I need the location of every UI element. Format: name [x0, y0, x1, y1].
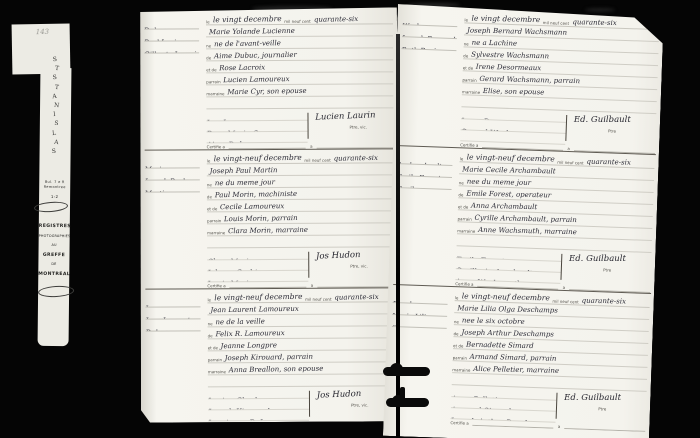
handwritten-entry: ne de l'avant-veille [214, 39, 281, 48]
printed-label: de [453, 331, 458, 336]
tab-letter: S [38, 146, 70, 158]
register-record: Morin Joseph Paul Martin le le vingt-neu… [145, 148, 396, 288]
printed-label: ne [208, 321, 213, 326]
record-line: de Felix R. Lamoureux [208, 326, 395, 339]
printed-label: a [558, 424, 561, 429]
handwritten-entry: Aime Dubuc, journalier [214, 51, 297, 60]
greffe-stamp: REGISTRES PHOTOGRAPHIES AU GREFFE DE MON… [38, 222, 70, 279]
printed-label: le [206, 19, 210, 24]
record-line: Jean Laurent Lamoureux [207, 302, 394, 315]
tab-note-line: Bul. 7 e R [39, 180, 70, 184]
officiant-signature: Lucien Laurin [315, 110, 393, 123]
printed-label: Depose le [547, 430, 567, 431]
officiant-signature: Ed. Guilbault [569, 254, 651, 264]
signature-line: Rose Marie Cyr [207, 121, 308, 133]
handwritten-date: le vingt decembre [471, 14, 540, 25]
handwritten-date: le vingt decembre [212, 14, 281, 24]
margin-name: Ruth Regis [401, 46, 439, 51]
margin-name-line: Olga [392, 315, 447, 329]
handwritten-entry: ne de la veille [215, 317, 264, 326]
stamp-line: PHOTOGRAPHIES [39, 231, 70, 241]
printed-label: ne [207, 182, 212, 187]
officiant-signature: Jos Hudon [316, 249, 394, 262]
register-record: Wachsmann Joseph Bernard Ruth Regis le l… [398, 7, 661, 154]
witness-signatures: Clara Morin Johnny Corbin Louis Morin [207, 249, 308, 282]
signature-block: Lucien Charles Joseph Kirouard Laurianne… [208, 387, 395, 420]
margin-name-line: Paul Lucien [144, 29, 199, 41]
record-line: et de Jeanne Longpre [208, 338, 395, 351]
record-line: marraine Clara Morin, marraine [207, 223, 394, 236]
handwritten-entry: Jeanne Longpre [221, 341, 277, 350]
handwritten-entry: Marie Cyr, son epouse [227, 87, 306, 96]
record-line: parrain Joseph Kirouard, parrain [208, 350, 395, 363]
book-gutter [396, 34, 400, 438]
handwritten-entry: Rose Lacroix [219, 63, 265, 72]
handwritten-entry: Cecile Lamoureux [220, 202, 285, 211]
handwritten-entry: Paul Morin, machiniste [215, 190, 297, 199]
signature-line: Clara Morin [207, 249, 308, 261]
handwritten-entry: Alice Pelletier, marraine [473, 365, 559, 375]
margin-name-line: Dubuc [146, 319, 201, 331]
printed-label: de [207, 194, 212, 199]
printed-label: et de [208, 345, 218, 350]
handwritten-entry: nee du meme jour [467, 178, 531, 187]
record-margin: Morin Joseph Paul Martin [145, 150, 205, 192]
printed-label: parrain [457, 216, 471, 221]
record-line-blank [207, 235, 394, 248]
record-margin: Deschamps Marie Lilia Olga [392, 285, 453, 329]
record-line: de Aime Dubuc, journalier [206, 48, 393, 61]
stamp-oval [38, 285, 75, 298]
margin-name-line: Joseph Paul [145, 168, 200, 180]
signature-line: Louis Morin [207, 271, 308, 283]
handwritten-entry: Anna Breallon, son epouse [229, 365, 324, 375]
blank-rule [230, 422, 307, 427]
printed-label: mil neuf cent [557, 160, 584, 166]
witness-signatures: Irene Desormeaux Gerard Wachsmann [460, 108, 566, 144]
record-margin: Dubuc Paul Lucien Gilberte Lacroix [144, 11, 204, 53]
officiant-signature-block: Jos Hudon Ptre, vic. [308, 251, 394, 277]
handwritten-year: quarante-six [572, 18, 616, 27]
record-body: le le vingt-neuf decembre mil neuf cent … [450, 287, 650, 432]
record-date-line: le le vingt-neuf decembre mil neuf cent … [207, 288, 394, 303]
handwritten-date: le vingt-neuf decembre [461, 291, 549, 302]
record-margin: Wachsmann Joseph Bernard Ruth Regis [401, 7, 462, 51]
officiant-signature-block: Ed. Guilbault Ptre [566, 115, 657, 144]
spine-tab: S T S T A N I S L A S Bul. 7 e R Remontr… [38, 68, 72, 346]
margin-name: Gilberte Lacroix [144, 50, 199, 53]
stamp-line: REGISTRES [39, 222, 70, 232]
officiant-signature-block: Ed. Guilbault Ptre [556, 393, 647, 422]
register-record: Deschamps Marie Lilia Olga le le vingt-n… [388, 284, 651, 432]
handwritten-entry: Joseph Kirouard, parrain [225, 353, 313, 363]
handwritten-entry: Louis Morin, parrain [224, 214, 298, 223]
printed-label: marraine [208, 369, 226, 374]
printed-label: et de [463, 65, 473, 70]
record-line: Marie Yolande Lucienne [206, 24, 393, 37]
handwritten-entry: ne du meme jour [215, 178, 275, 187]
printed-label: et de [206, 67, 216, 72]
printed-label: parrain [208, 357, 222, 362]
register-record: Lamoureux Jean Laurent Dubuc le le vingt… [145, 287, 396, 427]
handwritten-date: le vingt-neuf decembre [466, 152, 554, 163]
binder-clip-knob [390, 363, 403, 376]
printed-label: mil neuf cent [543, 20, 570, 26]
printed-label: le [464, 17, 468, 22]
stamp-line: MONTREAL [38, 269, 69, 279]
margin-name: Martin [145, 190, 169, 193]
printed-label: ne [206, 43, 211, 48]
signature-block: Leo Lamoureux Rose Marie Cyr Aime Dubuc … [206, 109, 393, 142]
record-line: parrain Louis Morin, parrain [207, 211, 394, 224]
margin-name-line: Martin [145, 180, 200, 192]
officiant-title: Ptre [603, 267, 651, 274]
signature-line: Leo Lamoureux [206, 110, 307, 122]
signature-block: Clara Morin Johnny Corbin Louis Morin Jo… [207, 248, 394, 281]
printed-label: et de [458, 204, 468, 209]
officiant-signature-block: Ed. Guilbault Ptre [561, 254, 652, 283]
printed-label: parrain [453, 355, 467, 360]
handwritten-year: quarante-six [314, 15, 358, 24]
record-date-line: le le vingt decembre mil neuf cent quara… [206, 10, 393, 25]
printed-label: marraine [206, 91, 224, 96]
record-body: le le vingt-neuf decembre mil neuf cent … [455, 148, 655, 293]
record-margin: Archambault Emile Forest Cecile [397, 146, 458, 190]
register-scan: 143 S T S T A N I S L A S Bul. 7 e R Rem… [0, 0, 700, 438]
record-footer-line: par Mgr Depose le [208, 426, 395, 427]
printed-label: ne [454, 319, 459, 324]
printed-label: parrain [206, 79, 220, 84]
register-record: Dubuc Paul Lucien Gilberte Lacroix le le… [144, 10, 395, 149]
printed-label: ne [459, 180, 464, 185]
handwritten-entry: Irene Desormeaux [476, 63, 542, 72]
printed-label: marraine [452, 367, 470, 373]
binder-clip-knob [392, 395, 404, 407]
printed-label: de [206, 55, 211, 60]
signature-block: Emile Forest Cyrille Archambault Anne Wa… [455, 247, 651, 286]
record-line: et de Cecile Lamoureux [207, 199, 394, 212]
margin-name-line: Gilberte Lacroix [144, 41, 199, 53]
record-line: parrain Lucien Lamoureux [206, 72, 393, 85]
record-line: ne ne de la veille [208, 314, 395, 327]
handwritten-entry: Jean Laurent Lamoureux [210, 305, 298, 315]
stamp-line: GREFFE [38, 250, 69, 260]
officiant-signature-block: Jos Hudon Ptre, vic. [309, 390, 395, 416]
margin-name-line: Dubuc [144, 17, 199, 29]
record-line: ne ne du meme jour [207, 175, 394, 188]
officiant-signature-block: Lucien Laurin Ptre, vic. [307, 112, 393, 138]
handwritten-entry: Joseph Paul Martin [210, 166, 278, 175]
register-record: Archambault Emile Forest Cecile le le vi… [393, 145, 656, 293]
blank-rule [470, 428, 544, 432]
record-line: et de Rose Lacroix [206, 60, 393, 73]
printed-label: mil neuf cent [284, 19, 310, 24]
printed-label: le [460, 156, 464, 161]
spine-tab-number: 143 [36, 28, 50, 36]
handwritten-year: quarante-six [334, 154, 378, 163]
record-line: ne ne de l'avant-veille [206, 36, 393, 49]
margin-name-line: Morin [145, 156, 200, 168]
handwritten-entry: ne a Lachine [472, 39, 518, 48]
handwritten-date: le vingt-neuf decembre [213, 153, 301, 164]
page-number: 7 [651, 16, 655, 23]
officiant-title: Ptre [598, 406, 646, 413]
handwritten-entry: Bernadette Simard [466, 341, 534, 351]
witness-signatures: Emile Forest Cyrille Archambault Anne Wa… [455, 247, 561, 283]
printed-label: ne [464, 41, 469, 46]
handwritten-entry: Felix R. Lamoureux [216, 329, 285, 338]
margin-name-line: Cecile [397, 176, 452, 190]
printed-label: mil neuf cent [552, 299, 579, 305]
printed-label: Certifie a [208, 422, 226, 427]
printed-label: mil neuf cent [305, 297, 331, 302]
record-date-line: le le vingt-neuf decembre mil neuf cent … [207, 149, 394, 164]
signature: Aime Dubuc [207, 140, 253, 143]
handwritten-entry: Clara Morin, marraine [228, 226, 308, 235]
printed-label: parrain [462, 77, 476, 82]
officiant-signature: Ed. Guilbault [564, 393, 646, 403]
record-line: marraine Marie Cyr, son epouse [206, 84, 393, 97]
officiant-title: Ptre, vic. [350, 263, 394, 268]
printed-label: mil neuf cent [304, 158, 330, 163]
witness-signatures: Lucien Charles Joseph Kirouard Laurianne… [208, 388, 309, 421]
printed-label: par Mgr [450, 427, 466, 432]
printed-label: de [463, 53, 468, 58]
signature-line: Aime Dubuc [207, 132, 308, 144]
handwritten-year: quarante-six [582, 297, 626, 306]
margin-name: Dubuc [146, 329, 168, 332]
officiant-signature: Ed. Guilbault [574, 115, 656, 125]
signature-line: Johnny Corbin [207, 260, 308, 272]
handwritten-entry: nee le six octobre [462, 316, 525, 325]
signature: Louis Morin [207, 279, 253, 282]
printed-label: le [455, 295, 459, 300]
signature-line: Joseph Kirouard [208, 399, 309, 411]
record-line: de Paul Morin, machiniste [207, 187, 394, 200]
record-line-blank [206, 96, 393, 109]
stamp-line: DE [38, 260, 69, 270]
record-body: le le vingt-neuf decembre mil neuf cent … [207, 149, 395, 288]
handwritten-entry: Sylvestre Wachsmann [471, 51, 549, 61]
signature-block: Anne Pelletier Armand Simard Joseph Arth… [451, 386, 647, 425]
handwritten-year: quarante-six [587, 158, 631, 167]
signature: Laurianne R. Lamoureux [208, 418, 303, 421]
blank-rule [564, 424, 645, 432]
officiant-title: Ptre [608, 128, 656, 135]
handwritten-entry: Emile Forest, operateur [466, 190, 551, 200]
officiant-title: Ptre, vic. [349, 124, 393, 129]
record-body: le le vingt decembre mil neuf cent quara… [206, 10, 394, 149]
printed-label: le [207, 158, 211, 163]
handwritten-entry: Marie Yolande Lucienne [209, 27, 295, 36]
printed-label: Certifie a [450, 420, 468, 426]
witness-signatures: Anne Pelletier Armand Simard Joseph Arth… [451, 386, 557, 422]
margin-name-line: Ruth Regis [401, 37, 456, 51]
records-column: Dubuc Paul Lucien Gilberte Lacroix le le… [144, 10, 396, 420]
printed-label: et de [453, 343, 463, 348]
handwritten-year: quarante-six [334, 293, 378, 302]
officiant-signature: Jos Hudon [317, 388, 395, 401]
tab-note-line: 1-2 [39, 194, 70, 199]
record-body: le le vingt decembre mil neuf cent quara… [460, 9, 660, 154]
signature-line: Laurianne R. Lamoureux [208, 410, 309, 422]
spine-tab-vertical-label: S T S T A N I S L A S [40, 56, 72, 157]
record-line-blank [208, 374, 395, 387]
handwritten-entry: Elise, son epouse [483, 87, 545, 96]
printed-label: et de [207, 206, 217, 211]
tab-note-line: Remontree [39, 185, 70, 189]
scan-smudge [585, 8, 615, 12]
witness-signatures: Leo Lamoureux Rose Marie Cyr Aime Dubuc [206, 110, 307, 143]
printed-label: marraine [207, 230, 225, 235]
signature-block: Irene Desormeaux Gerard Wachsmann Ed. Gu… [460, 108, 656, 147]
stamp-oval [34, 201, 69, 214]
printed-label: marraine [457, 228, 475, 234]
handwritten-entry: Lucien Lamoureux [223, 75, 289, 84]
record-line: Joseph Paul Martin [207, 163, 394, 176]
handwritten-date: le vingt-neuf decembre [214, 292, 302, 303]
handwritten-entry: Anna Archambault [471, 202, 537, 212]
signature-line: Lucien Charles [208, 388, 309, 400]
printed-label: de [208, 333, 213, 338]
printed-label: parrain [207, 218, 221, 223]
printed-label: le [207, 297, 211, 302]
record-line: marraine Anna Breallon, son epouse [208, 362, 395, 375]
register-page-left: Dubuc Paul Lucien Gilberte Lacroix le le… [139, 7, 399, 422]
record-margin: Lamoureux Jean Laurent Dubuc [145, 289, 205, 331]
margin-name-line: Lamoureux [145, 295, 200, 307]
printed-label: marraine [462, 89, 480, 95]
printed-label: a [312, 422, 314, 427]
stamp-line: AU [39, 241, 70, 251]
printed-label: de [458, 192, 463, 197]
record-body: le le vingt-neuf decembre mil neuf cent … [207, 288, 395, 427]
margin-name-line: Jean Laurent [145, 307, 200, 319]
